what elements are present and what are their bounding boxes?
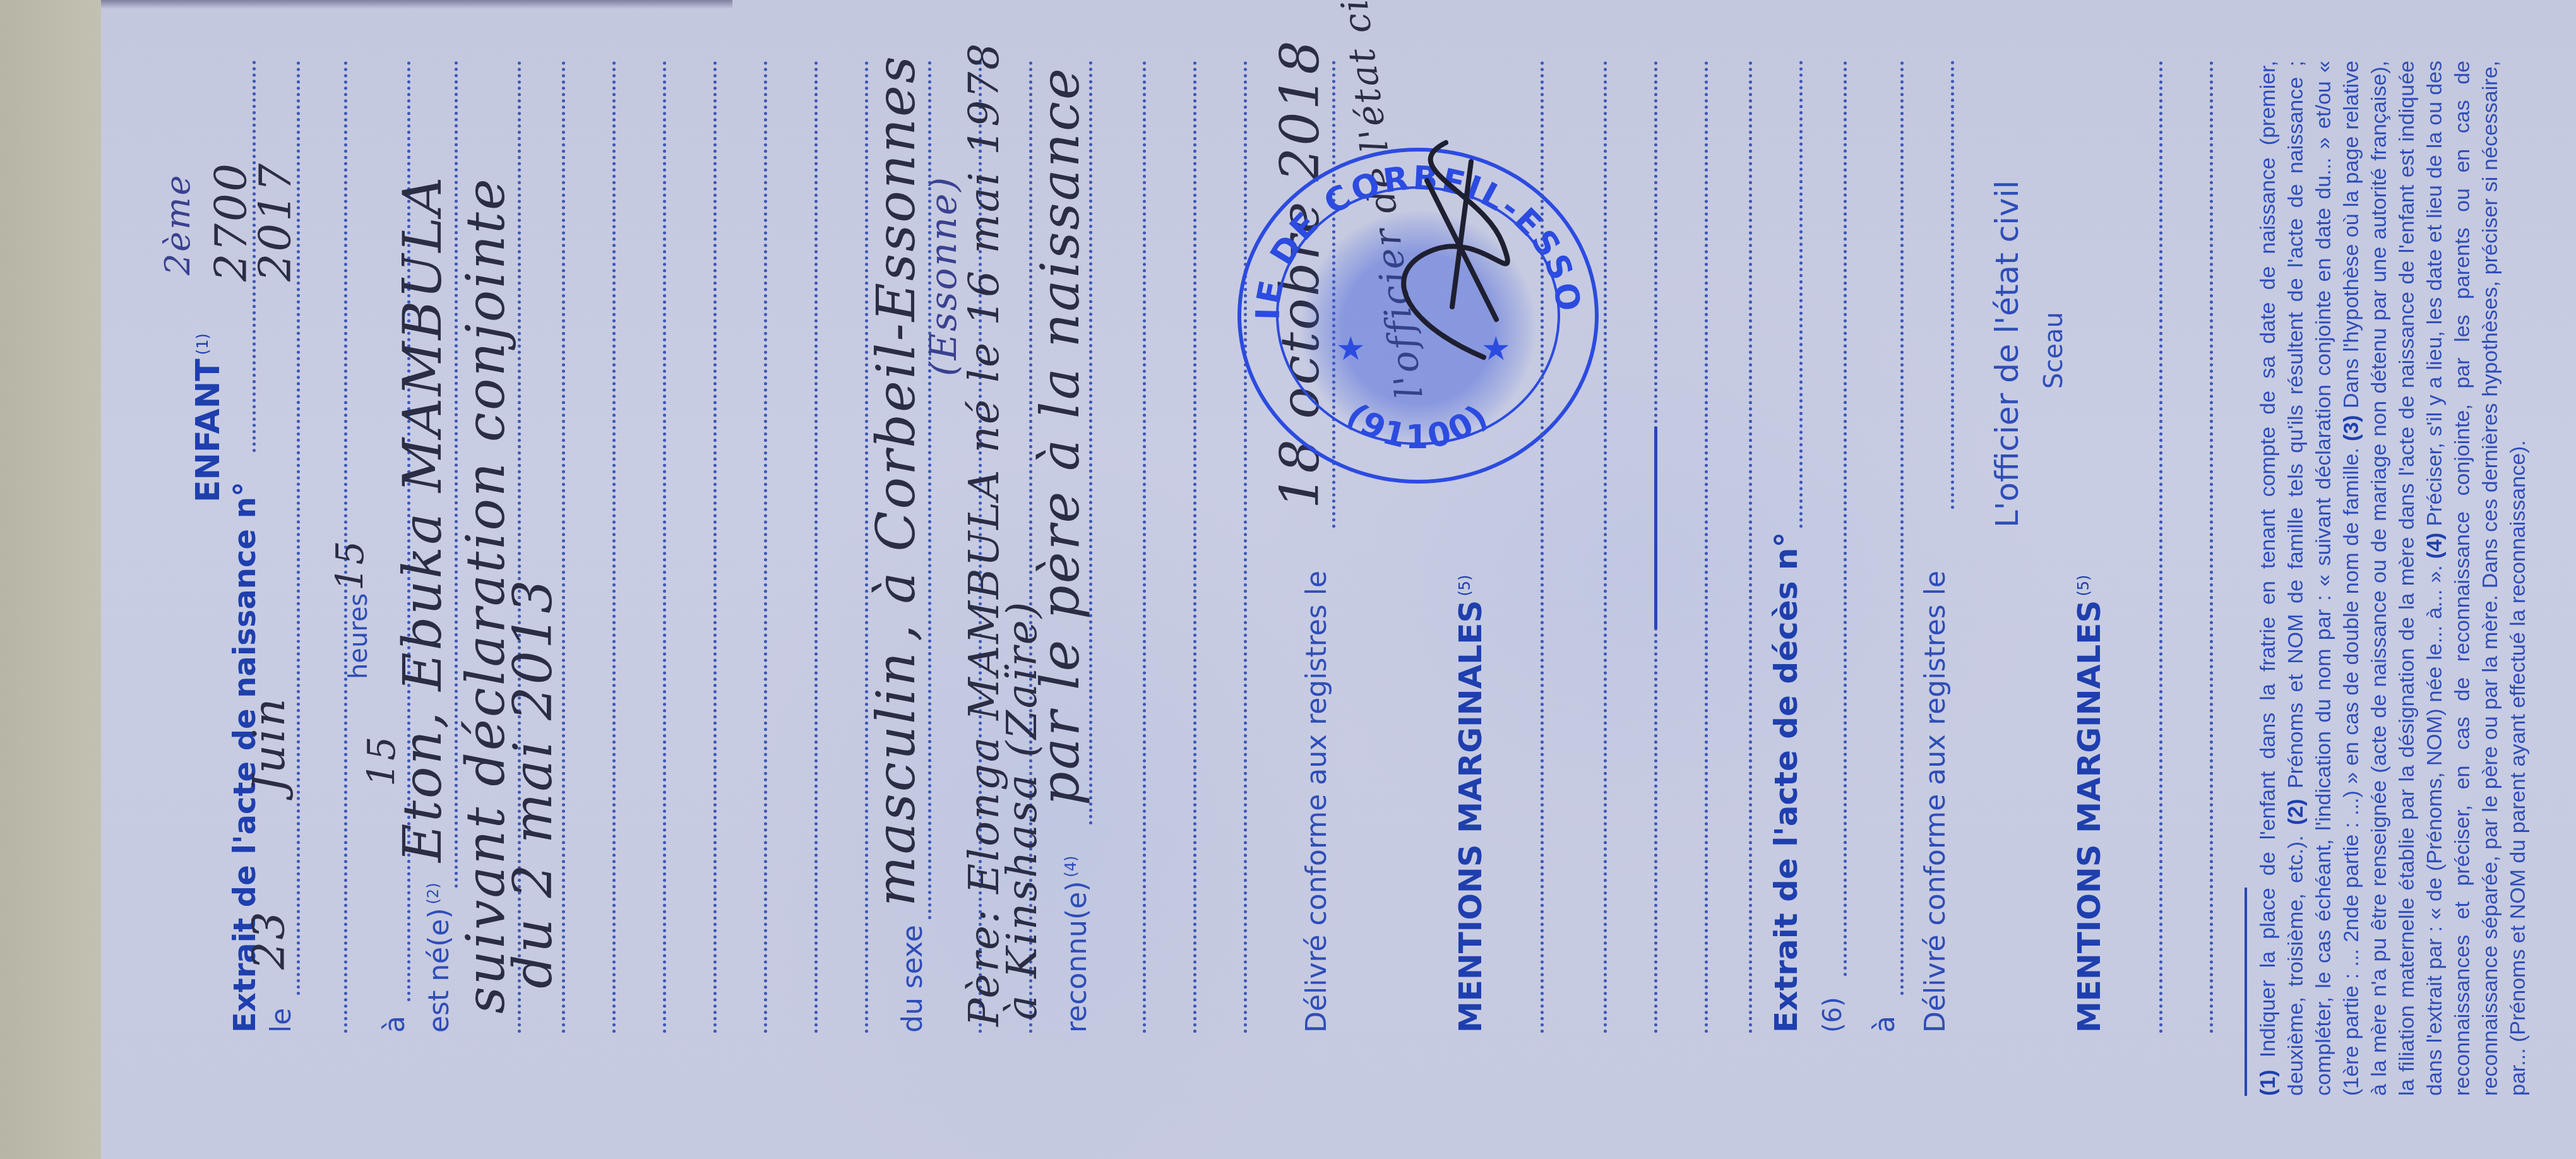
death-number-field[interactable] xyxy=(1799,61,1803,528)
marginal-label: MENTIONS MARGINALES(5) xyxy=(1452,575,1489,1033)
declaration-value-2: du 2 mai 2013 xyxy=(502,578,564,989)
birth-place-value: , à Corbeil-Essonnes xyxy=(865,54,927,641)
sex-label: du sexe xyxy=(897,925,929,1033)
death-field-6[interactable] xyxy=(1844,61,1847,976)
year-value: 2017 xyxy=(249,162,301,282)
officer-label: L'officier de l'état civil xyxy=(1989,181,2025,528)
signature-icon xyxy=(1357,117,1547,370)
footnotes: (1) Indiquer la place de l'enfant dans l… xyxy=(2254,61,2532,1096)
blank-line[interactable] xyxy=(713,61,717,1033)
death-note-label: (6) xyxy=(1818,997,1847,1033)
death-place-label: à xyxy=(1869,1016,1901,1033)
born-label-text: est né(e) xyxy=(423,908,455,1033)
recognized-label: reconnu(e)(4) xyxy=(1061,856,1093,1033)
blank-line[interactable] xyxy=(612,61,616,1033)
section-enfant-label: ENFANT xyxy=(189,359,227,502)
day-value: 23 xyxy=(243,910,295,970)
place-label: à xyxy=(379,1016,411,1033)
minute-value: 15 xyxy=(328,539,373,591)
footnote-ref-5: (5) xyxy=(1456,575,1474,597)
death-issued-field[interactable] xyxy=(1951,61,1954,509)
death-marginal-label-text: MENTIONS MARGINALES xyxy=(2071,600,2108,1033)
issued-label: Délivré conforme aux registres le xyxy=(1301,571,1333,1033)
footnote-1-num: (1) xyxy=(2256,1069,2280,1096)
section-divider xyxy=(1654,427,1657,629)
footnote-ref-2: (2) xyxy=(424,883,442,904)
child-name-value: Eton, Ebuka MAMBULA xyxy=(391,175,453,862)
death-extract-title: Extrait de l'acte de décès n° xyxy=(1768,532,1804,1033)
blank-line[interactable] xyxy=(814,61,818,1033)
marginal-line[interactable] xyxy=(1541,61,1544,1033)
death-issued-label: Délivré conforme aux registres le xyxy=(1919,571,1952,1033)
stamp-postal: (91100) xyxy=(1339,396,1497,456)
blank-line[interactable] xyxy=(663,61,666,1033)
date-label: le xyxy=(265,1008,297,1033)
recognized-label-text: reconnu(e) xyxy=(1061,881,1093,1033)
sex-value: masculin xyxy=(865,650,927,906)
blank-line[interactable] xyxy=(1749,61,1752,1033)
footnote-3-num: (3) xyxy=(2339,415,2363,441)
rank-handwritten: 2ème xyxy=(158,174,198,275)
footnote-4-num: (4) xyxy=(2423,533,2447,559)
seal-label: Sceau xyxy=(2039,312,2068,389)
marginal-line[interactable] xyxy=(1705,61,1708,1033)
blank-line[interactable] xyxy=(1193,61,1196,1033)
birth-dept-value: (Essonne) xyxy=(922,175,965,376)
recognized-value: par le père à la naissance xyxy=(1029,66,1091,805)
footnote-2-num: (2) xyxy=(2284,799,2308,825)
month-value: Juin xyxy=(243,696,295,793)
blank-line[interactable] xyxy=(1143,61,1146,1033)
death-marginal-line[interactable] xyxy=(2159,61,2162,1033)
footnote-ref-1: (1) xyxy=(194,333,212,355)
marginal-line[interactable] xyxy=(1604,61,1607,1033)
svg-text:(91100): (91100) xyxy=(1339,396,1497,456)
footnote-ref-4: (4) xyxy=(1062,856,1080,877)
blank-line[interactable] xyxy=(764,61,767,1033)
born-label: est né(e)(2) xyxy=(423,883,455,1033)
livret-page: ENFANT(1) 2ème Extrait de l'acte de nais… xyxy=(0,0,2576,1159)
death-marginal-label: MENTIONS MARGINALES(5) xyxy=(2071,575,2108,1033)
death-marginal-line[interactable] xyxy=(2210,61,2213,1033)
marginal-label-text: MENTIONS MARGINALES xyxy=(1452,600,1489,1033)
footnote-ref-5b: (5) xyxy=(2075,575,2092,597)
death-place-field[interactable] xyxy=(1900,61,1904,995)
footnote-rule xyxy=(2245,888,2247,1096)
hour-label: heures xyxy=(344,593,373,679)
section-enfant: ENFANT(1) xyxy=(189,333,227,502)
